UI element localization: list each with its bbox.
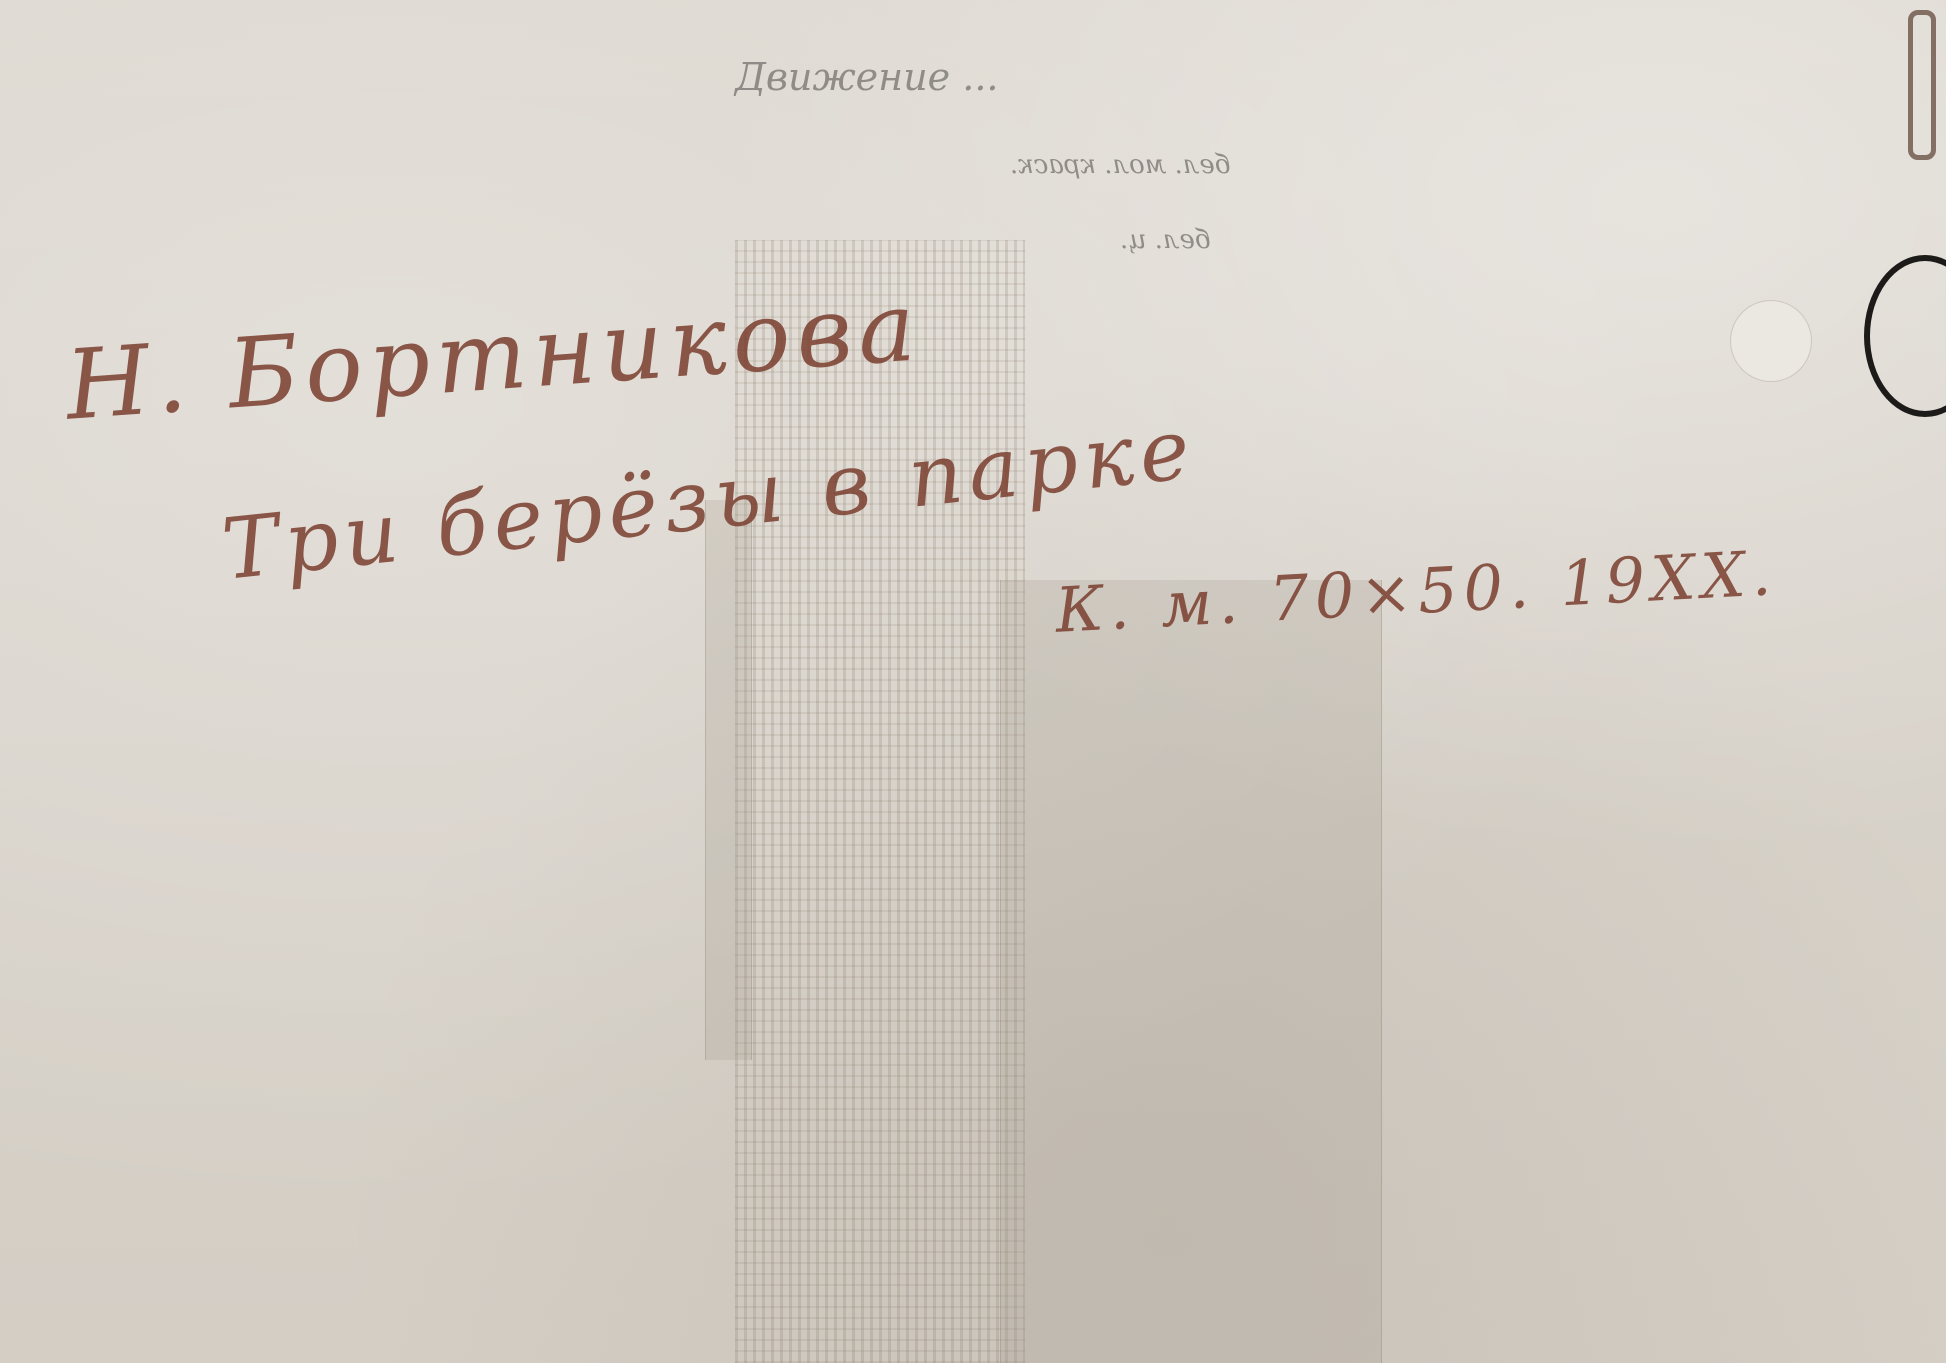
tape-strip-right: [1000, 580, 1382, 1363]
tape-residue: [735, 240, 1025, 1363]
tape-strip-left: [705, 500, 752, 1060]
pencil-note-mirror-2: бел. ц.: [1120, 225, 1211, 255]
pencil-note-top: Движение ...: [735, 55, 998, 99]
marker-mark: [1908, 10, 1936, 160]
pencil-note-mirror-1: бел. мол. краск.: [1010, 150, 1231, 180]
glue-stain: [1730, 300, 1812, 382]
